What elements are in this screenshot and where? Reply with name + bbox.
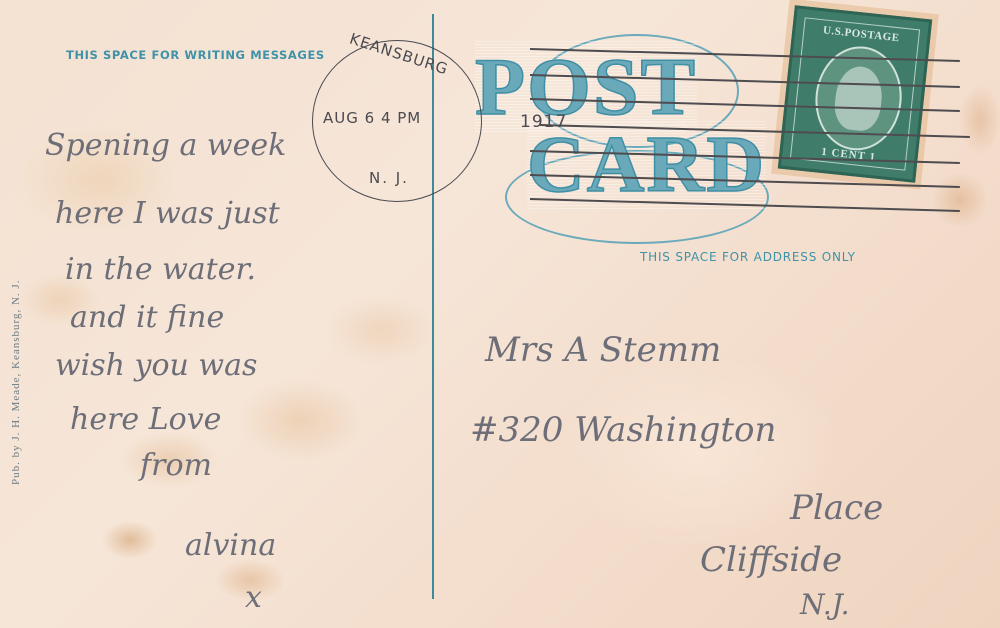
message-line: wish you was [55, 348, 257, 383]
cancel-line [530, 198, 960, 212]
publisher-credit: Pub. by J. H. Meade, Keansburg, N. J. [10, 280, 22, 485]
address-line-street: #320 Washington [470, 410, 776, 450]
postmark-state: N. J. [369, 169, 409, 187]
cancel-line [530, 48, 960, 62]
postmark-circle: KEANSBURG AUG 6 4 PM N. J. [312, 40, 482, 202]
cancel-line [530, 150, 960, 164]
address-line-recipient: Mrs A Stemm [485, 330, 721, 370]
postcard-back: THIS SPACE FOR WRITING MESSAGES Pub. by … [0, 0, 1000, 628]
cancel-line [540, 124, 970, 138]
message-signature: alvina [185, 528, 276, 563]
message-line: Spening a week [45, 128, 286, 163]
address-line-street-2: Place [790, 488, 883, 528]
address-space-label: THIS SPACE FOR ADDRESS ONLY [640, 250, 856, 264]
cancellation-lines [530, 40, 1000, 220]
cancel-line [530, 98, 960, 112]
cancel-line [530, 74, 960, 88]
message-line: here Love [70, 402, 221, 437]
message-line: in the water. [65, 252, 256, 287]
postmark-date: AUG 6 4 PM [323, 109, 421, 127]
postmark-town: KEANSBURG [339, 27, 459, 81]
postmark-year: 1917 [520, 112, 567, 132]
address-line-city: Cliffside [700, 540, 842, 580]
writing-space-label: THIS SPACE FOR WRITING MESSAGES [66, 48, 325, 62]
message-kiss: x [245, 580, 262, 615]
message-line: and it fine [70, 300, 224, 335]
cancel-line [530, 174, 960, 188]
address-line-state: N.J. [800, 588, 850, 621]
message-line: here I was just [55, 196, 280, 231]
message-line: from [140, 448, 212, 483]
